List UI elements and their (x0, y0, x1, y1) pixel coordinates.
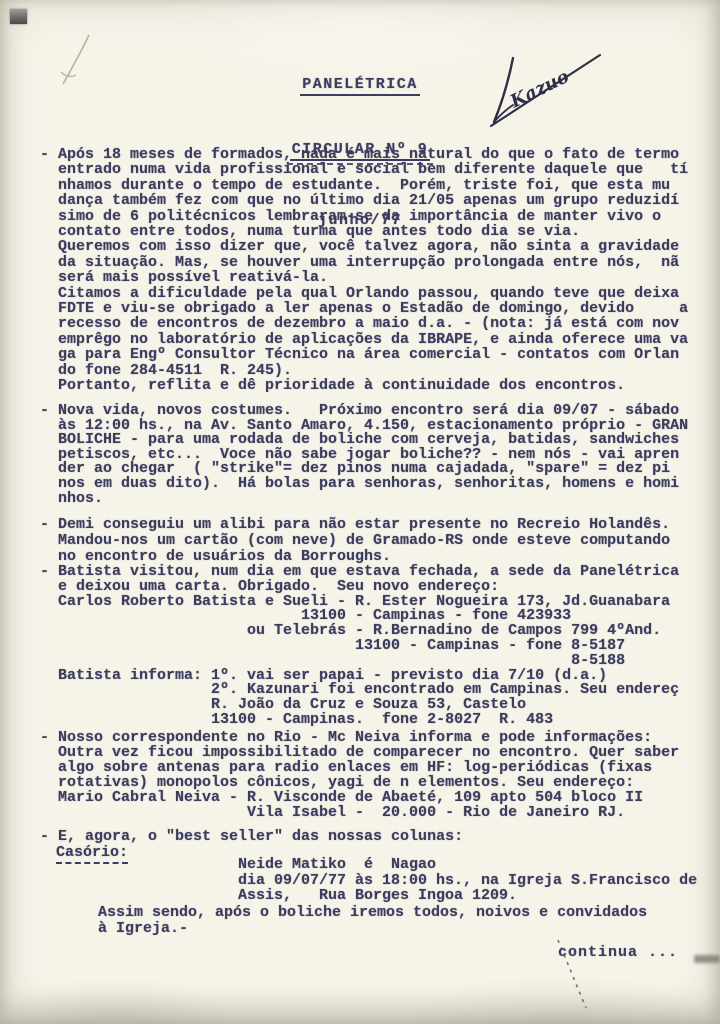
handwritten-signature: Kazuo (486, 46, 610, 136)
section-demi: - Demi conseguiu um alibi para não estar… (40, 517, 670, 564)
scratch-mark (548, 936, 598, 1016)
section-batista: - Batista visitou, num dia em que estava… (40, 565, 679, 728)
casorio-closing: Assim sendo, após o boliche iremos todos… (98, 905, 647, 937)
section-neiva: - Nosso correspondente no Rio - Mc Neiva… (40, 730, 679, 820)
casorio-details: Neide Matiko é Nagao dia 09/07/77 às 18:… (238, 857, 697, 904)
edge-smudge-mark (694, 955, 720, 963)
casorio-heading: Casório: (56, 844, 128, 864)
section-reencontro: - Após 18 meses de formados, nada é mais… (40, 147, 688, 394)
section-boliche: - Nova vida, novos costumes. Próximo enc… (40, 404, 688, 506)
signature-text: Kazuo (506, 66, 572, 113)
document-title: PANELÉTRICA (300, 76, 420, 96)
scanned-circular-page: PANELÉTRICA CIRCULAR Nº 9 junho/77 Kazuo… (0, 0, 720, 1024)
section-bestseller-intro: - E, agora, o "best seller" das nossas c… (40, 829, 463, 845)
scan-corner-mark (10, 9, 27, 24)
